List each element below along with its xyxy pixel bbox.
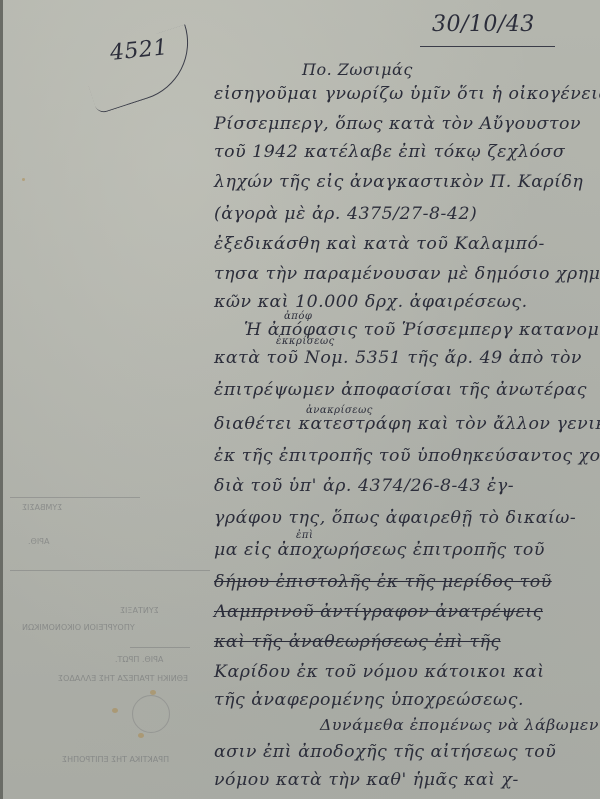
body-line: ασιν ἐπὶ ἀποδοχῆς τῆς αἰτήσεως τοῦ bbox=[214, 742, 556, 761]
stamp-circle bbox=[132, 695, 170, 733]
form-bleed-text: ΑΡΙΘ. bbox=[28, 537, 50, 546]
body-line: ληχών τῆς εἰς ἀναγκαστικὸν Π. Καρίδη bbox=[214, 172, 583, 191]
body-line: τησα τὴν παραμένουσαν μὲ δημόσιο χρηματ- bbox=[214, 264, 600, 283]
paper-stain bbox=[112, 708, 118, 713]
form-bleed-text: ΠΡΑΚΤΙΚΑ ΤΗΣ ΕΠΙΤΡΟΠΗΣ bbox=[62, 755, 169, 764]
body-line: ἐκ τῆς ἐπιτροπῆς τοῦ ὑποθηκεύσαντος χορη… bbox=[214, 446, 600, 465]
date-underline bbox=[420, 46, 555, 47]
body-line: Δυνάμεθα ἐπομένως νὰ λάβωμεν ἀπόφ- bbox=[320, 716, 600, 734]
paper-stain bbox=[22, 178, 25, 181]
body-line: ἐπιτρέψωμεν ἀποφασίσαι τῆς ἀνωτέρας bbox=[214, 380, 587, 399]
body-line: τῆς ἀναφερομένης ὑποχρεώσεως. bbox=[214, 690, 524, 709]
form-bleed-text: ΑΡΙΘ. ΠΡΩΤ. bbox=[115, 655, 163, 664]
body-line: ἐξεδικάσθη καὶ κατὰ τοῦ Καλαμπό- bbox=[214, 234, 545, 253]
body-line-struck: δήμου ἐπιστολῆς ἐκ τῆς μερίδος τοῦ bbox=[214, 572, 552, 591]
body-line-struck: Λαμπρινοῦ ἀντίγραφον ἀνατρέψεις bbox=[214, 602, 543, 621]
body-line: γράφου της, ὅπως ἀφαιρεθῇ τὸ δικαίω- bbox=[214, 508, 576, 527]
form-bleed-text: ΣΥΝΤΑΞΙΣ bbox=[120, 606, 159, 615]
body-line: διαθέτει κατεστράφη καὶ τὸν ἄλλον γενικὸ… bbox=[214, 414, 600, 433]
body-line: κῶν καὶ 10.000 δρχ. ἀφαιρέσεως. bbox=[214, 292, 528, 311]
body-line-struck: καὶ τῆς ἀναθεωρήσεως ἐπὶ τῆς bbox=[214, 632, 501, 651]
form-rule bbox=[10, 497, 140, 498]
body-line: εἰσηγοῦμαι γνωρίζω ὑμῖν ὅτι ἡ οἰκογένεια bbox=[214, 84, 600, 103]
form-bleed-text: ΕΘΝΙΚΗ ΤΡΑΠΕΖΑ ΤΗΣ ΕΛΛΑΔΟΣ bbox=[58, 674, 188, 683]
form-bleed-text: ΥΠΟΥΡΓΕΙΟΝ ΟΙΚΟΝΟΜΙΚΩΝ bbox=[22, 623, 135, 632]
page-edge bbox=[0, 0, 3, 799]
interlinear-insert: ἐκκρίσεως bbox=[276, 336, 335, 347]
document-heading: Πο. Ζωσιμάς bbox=[302, 60, 413, 79]
body-line: νόμου κατὰ τὴν καθ' ἡμᾶς καὶ χ- bbox=[214, 770, 519, 789]
document-date: 30/10/43 bbox=[432, 12, 535, 37]
body-line: Ρίσσεμπεργ, ὅπως κατὰ τὸν Αὔγουστον bbox=[214, 114, 581, 133]
form-rule bbox=[130, 647, 190, 648]
body-line: διὰ τοῦ ὑπ' ἀρ. 4374/26-8-43 ἐγ- bbox=[214, 476, 514, 495]
body-line: (ἀγορὰ μὲ ἀρ. 4375/27-8-42) bbox=[214, 204, 477, 223]
body-line: τοῦ 1942 κατέλαβε ἐπὶ τόκῳ ζεχλόσσ bbox=[214, 142, 565, 161]
paper-stain bbox=[150, 690, 156, 695]
body-line: μα εἰς ἀποχωρήσεως ἐπιτροπῆς τοῦ bbox=[214, 540, 545, 559]
paper-stain bbox=[138, 733, 144, 738]
form-rule bbox=[10, 570, 210, 571]
body-line: Καρίδου ἐκ τοῦ νόμου κάτοικοι καὶ bbox=[214, 662, 545, 681]
document-page: ΣΥΜΒΑΣΙΣ ΑΡΙΘ. ΣΥΝΤΑΞΙΣ ΥΠΟΥΡΓΕΙΟΝ ΟΙΚΟΝ… bbox=[0, 0, 600, 799]
body-line: κατὰ τοῦ Νομ. 5351 τῆς ἄρ. 49 ἀπὸ τὸν bbox=[214, 348, 582, 367]
form-bleed-text: ΣΥΜΒΑΣΙΣ bbox=[22, 503, 62, 512]
